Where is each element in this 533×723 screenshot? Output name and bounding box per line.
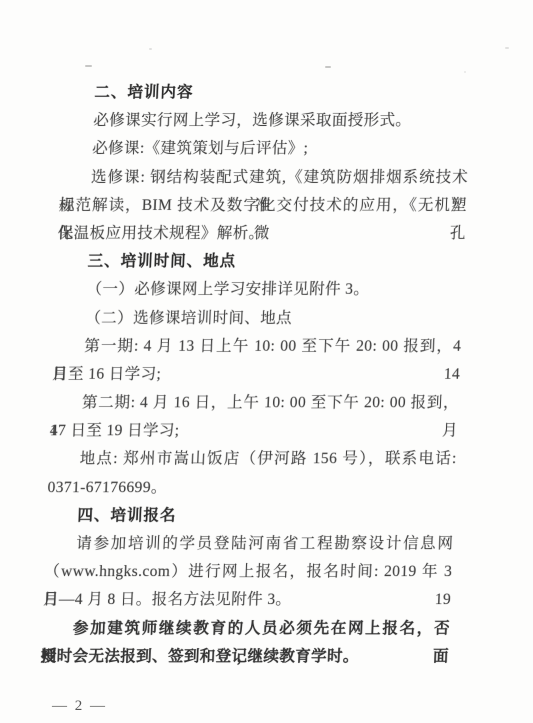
document-line: （二）选修课培训时间、地点	[54, 305, 463, 333]
scan-speck	[505, 47, 509, 49]
document-line: 第一期: 4 月 13 日上午 10: 00 至下午 20: 00 报到，4 月…	[53, 333, 462, 361]
page-number: — 2 —	[52, 696, 107, 716]
document-line: 0371-67176699。	[47, 474, 456, 502]
document-line: 必修课:《建筑策划与后评估》;	[61, 135, 470, 163]
document-line: 第二期: 4 月 16 日，上午 10: 00 至下午 20: 00 报到，4 …	[50, 389, 459, 417]
scan-speck	[85, 65, 92, 67]
document-line: （一）必修课网上学习安排详见附件 3。	[55, 276, 464, 304]
document-line: 地点: 郑州市嵩山饭店（伊河路 156 号），联系电话:	[48, 445, 457, 473]
document-line: 请参加培训的学员登陆河南省工程勘察设计信息网	[45, 530, 454, 558]
section-heading: 四、培训报名	[46, 502, 455, 530]
document-line: 选修课: 钢结构装配式建筑,《建筑防烟排烟系统技术标准》	[59, 164, 468, 192]
section-heading: 三、培训时间、地点	[56, 248, 465, 276]
document-line: （www.hngks.com）进行网上报名，报名时间: 2019 年 3 月 1…	[44, 558, 453, 586]
scan-speck	[325, 66, 331, 68]
document-body: 二、培训内容必修课实行网上学习，选修课采取面授形式。必修课:《建筑策划与后评估》…	[40, 79, 472, 671]
scan-speck	[149, 48, 152, 50]
scan-speck	[464, 71, 466, 73]
document-line: 参加建筑师继续教育的人员必须先在网上报名，否则，面	[41, 615, 450, 643]
section-heading: 二、培训内容	[63, 79, 472, 107]
document-line: 必修课实行网上学习，选修课采取面授形式。	[62, 107, 471, 135]
document-line: 规范解读，BIM 技术及数字化交付技术的应用，《无机塑化微孔	[58, 192, 467, 220]
document-page: 二、培训内容必修课实行网上学习，选修课采取面授形式。必修课:《建筑策划与后评估》…	[0, 0, 533, 723]
